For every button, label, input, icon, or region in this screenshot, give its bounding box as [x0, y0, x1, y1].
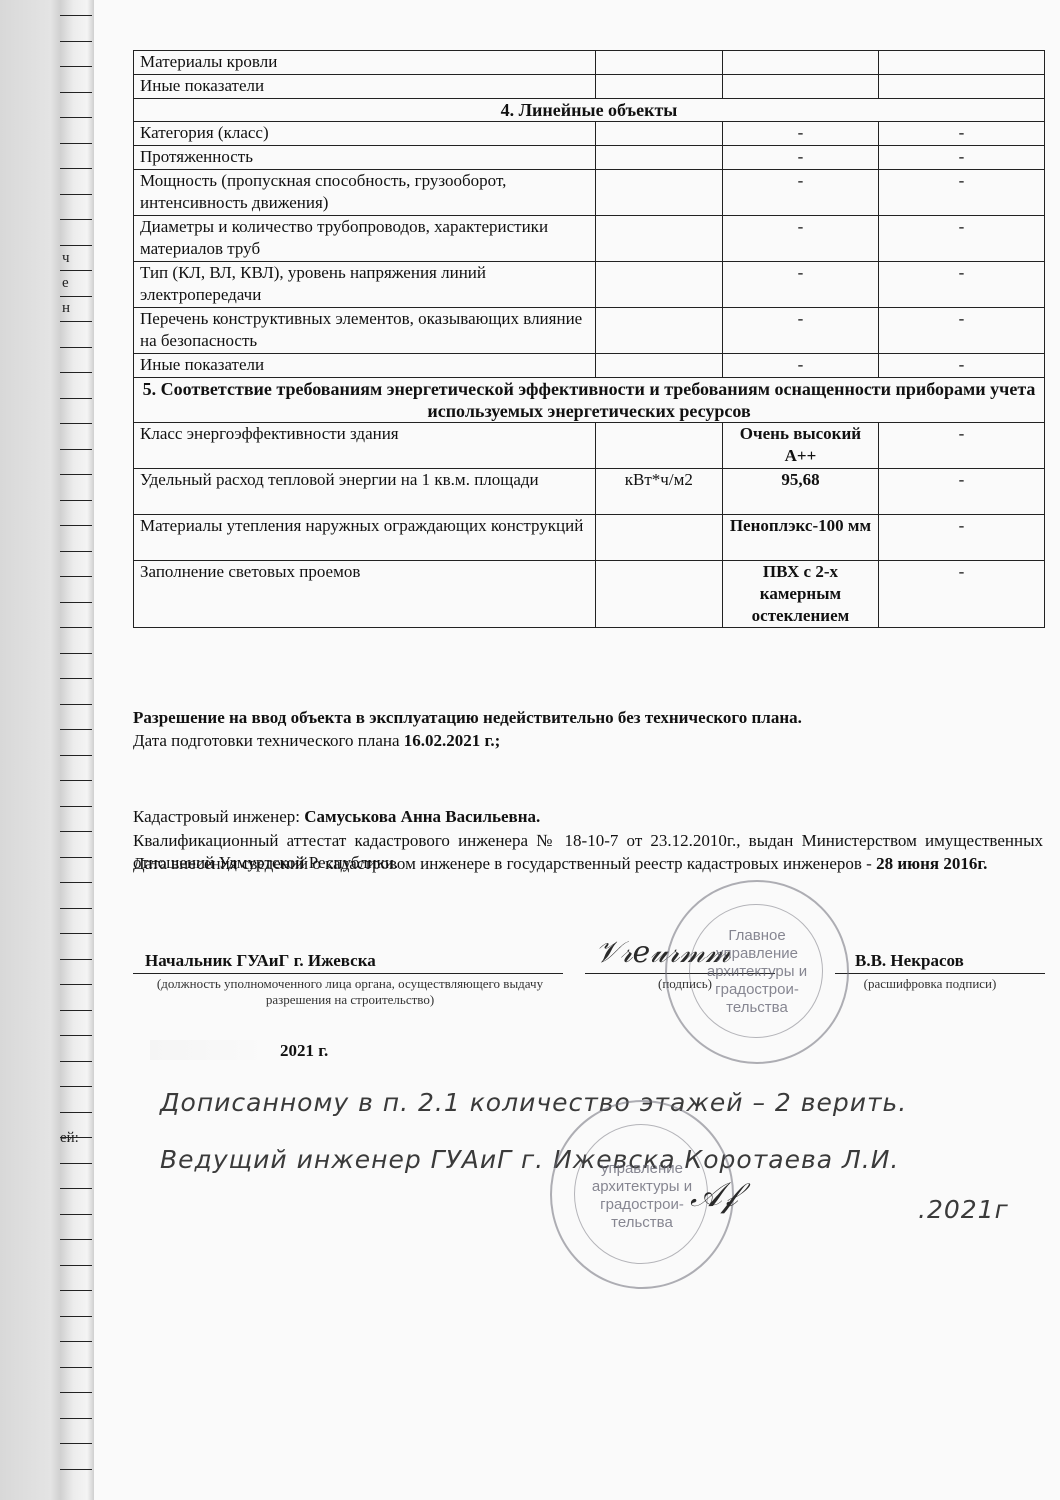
binding-rule — [60, 1265, 92, 1266]
cell-project: ПВХ с 2-х камерным остеклением — [722, 561, 878, 628]
sign-date: 2021 г. — [280, 1040, 380, 1062]
binding-rule — [60, 474, 92, 475]
official-position: Начальник ГУАиГ г. Ижевска — [145, 950, 565, 972]
cell-label: Заполнение световых проемов — [134, 561, 596, 628]
binding-rule — [60, 1469, 92, 1470]
binding-rule — [60, 806, 92, 807]
binding-rule — [60, 15, 92, 16]
binding-fragment: ей: — [60, 1130, 79, 1147]
binding-rule — [60, 1010, 92, 1011]
plan-date-line: Дата подготовки технического плана 16.02… — [133, 730, 1043, 752]
cell-unit — [595, 354, 722, 378]
binding-rule — [60, 1418, 92, 1419]
binding-rule — [60, 1163, 92, 1164]
binding-rule — [60, 398, 92, 399]
binding-rule — [60, 984, 92, 985]
cell-unit — [595, 216, 722, 262]
invalid-notice: Разрешение на ввод объекта в эксплуатаци… — [133, 707, 1043, 729]
binding-rule — [60, 1367, 92, 1368]
cell-label: Иные показатели — [134, 75, 596, 99]
name-caption: (расшифровка подписи) — [840, 976, 1020, 992]
cell-project: - — [722, 354, 878, 378]
binding-rule — [60, 1086, 92, 1087]
binding-rule — [60, 1341, 92, 1342]
cell-label: Удельный расход тепловой энергии на 1 кв… — [134, 469, 596, 515]
cell-label: Материалы утепления наружных ограждающих… — [134, 515, 596, 561]
cell-project: 95,68 — [722, 469, 878, 515]
cell-unit — [595, 75, 722, 99]
handwritten-note-1: Дописанному в п. 2.1 количество этажей –… — [160, 1088, 907, 1117]
cell-actual: - — [878, 561, 1044, 628]
table-row: Тип (КЛ, ВЛ, КВЛ), уровень напряжения ли… — [134, 262, 1045, 308]
cell-label: Категория (класс) — [134, 122, 596, 146]
cell-project: - — [722, 146, 878, 170]
binding-rule — [60, 1061, 92, 1062]
handwritten-note-2: Ведущий инженер ГУАиГ г. Ижевска Коротае… — [160, 1145, 899, 1174]
cell-unit — [595, 122, 722, 146]
plan-date-value: 16.02.2021 г.; — [404, 731, 500, 750]
binding-rule — [60, 780, 92, 781]
binding-rule — [60, 551, 92, 552]
binding-rule — [60, 321, 92, 322]
binding-strip — [60, 0, 94, 1500]
cell-unit — [595, 308, 722, 354]
official-name: В.В. Некрасов — [855, 950, 1035, 972]
binding-rule — [60, 933, 92, 934]
engineer-name: Самуськова Анна Васильевна. — [304, 807, 540, 826]
binding-rule — [60, 270, 92, 271]
redacted-date — [150, 1040, 270, 1060]
table-row: Протяженность-- — [134, 146, 1045, 170]
binding-rule — [60, 423, 92, 424]
cell-actual: - — [878, 308, 1044, 354]
binding-rule — [60, 1290, 92, 1291]
binding-rule — [60, 41, 92, 42]
binding-rule — [60, 908, 92, 909]
binding-rule — [60, 882, 92, 883]
registry-body: Дата внесения сведений о кадастровом инж… — [133, 853, 1043, 875]
binding-rule — [60, 857, 92, 858]
table-row: Иные показатели — [134, 75, 1045, 99]
registry-date: 28 июня 2016г. — [876, 854, 987, 873]
binding-rule — [60, 219, 92, 220]
cell-actual: - — [878, 423, 1044, 469]
binding-rule — [60, 92, 92, 93]
cell-project: Очень высокий А++ — [722, 423, 878, 469]
position-caption: (должность уполномоченного лица органа, … — [140, 976, 560, 1008]
official-stamp: Главноеуправлениеархитектуры иградострои… — [665, 880, 849, 1064]
cell-unit — [595, 515, 722, 561]
cell-unit — [595, 262, 722, 308]
table-row: Перечень конструктивных элементов, оказы… — [134, 308, 1045, 354]
cell-project: Пеноплэкс-100 мм — [722, 515, 878, 561]
binding-rule — [60, 602, 92, 603]
binding-rule — [60, 627, 92, 628]
binding-rule — [60, 372, 92, 373]
engineer-line: Кадастровый инженер: Самуськова Анна Вас… — [133, 806, 1043, 828]
binding-rule — [60, 678, 92, 679]
cell-project: - — [722, 170, 878, 216]
binding-fragment: ч — [62, 250, 70, 267]
cell-project: - — [722, 308, 878, 354]
binding-rule — [60, 1239, 92, 1240]
binding-rule — [60, 143, 92, 144]
cell-project: - — [722, 262, 878, 308]
cell-actual — [878, 75, 1044, 99]
cell-unit — [595, 51, 722, 75]
cell-label: Иные показатели — [134, 354, 596, 378]
binding-rule — [60, 296, 92, 297]
cell-actual — [878, 51, 1044, 75]
handwritten-date: .2021г — [918, 1195, 1009, 1224]
cell-label: Протяженность — [134, 146, 596, 170]
binding-rule — [60, 117, 92, 118]
section-header-row: 5. Соответствие требованиям энергетическ… — [134, 378, 1045, 423]
cell-actual: - — [878, 262, 1044, 308]
binding-rule — [60, 653, 92, 654]
table-row: Заполнение световых проемовПВХ с 2-х кам… — [134, 561, 1045, 628]
binding-rule — [60, 576, 92, 577]
cell-unit — [595, 170, 722, 216]
table-row: Материалы кровли — [134, 51, 1045, 75]
cell-unit — [595, 561, 722, 628]
cell-label: Мощность (пропускная способность, грузоо… — [134, 170, 596, 216]
cell-actual: - — [878, 354, 1044, 378]
binding-rule — [60, 1112, 92, 1113]
binding-rule — [60, 755, 92, 756]
binding-rule — [60, 959, 92, 960]
cell-actual: - — [878, 216, 1044, 262]
binding-fragment: е — [62, 275, 69, 292]
cell-project — [722, 75, 878, 99]
binding-rule — [60, 1316, 92, 1317]
position-line — [133, 973, 563, 974]
table-row: Категория (класс)-- — [134, 122, 1045, 146]
section-title: 5. Соответствие требованиям энергетическ… — [134, 378, 1045, 423]
binding-rule — [60, 449, 92, 450]
cell-actual: - — [878, 515, 1044, 561]
section-title: 4. Линейные объекты — [134, 99, 1045, 122]
binding-rule — [60, 831, 92, 832]
section-header-row: 4. Линейные объекты — [134, 99, 1045, 122]
binding-rule — [60, 729, 92, 730]
cell-actual: - — [878, 469, 1044, 515]
cell-project: - — [722, 122, 878, 146]
cell-project: - — [722, 216, 878, 262]
binding-rule — [60, 66, 92, 67]
name-line — [835, 973, 1045, 974]
binding-rule — [60, 347, 92, 348]
cell-actual: - — [878, 122, 1044, 146]
binding-rule — [60, 704, 92, 705]
binding-rule — [60, 245, 92, 246]
binding-rule — [60, 1443, 92, 1444]
table-row: Материалы утепления наружных ограждающих… — [134, 515, 1045, 561]
cell-unit — [595, 146, 722, 170]
binding-rule — [60, 1214, 92, 1215]
table-row: Иные показатели-- — [134, 354, 1045, 378]
binding-rule — [60, 525, 92, 526]
binding-rule — [60, 1035, 92, 1036]
cell-actual: - — [878, 170, 1044, 216]
binding-rule — [60, 1188, 92, 1189]
table-row: Класс энергоэффективности зданияОчень вы… — [134, 423, 1045, 469]
indicators-table: Материалы кровлиИные показатели4. Линейн… — [133, 50, 1045, 628]
cell-label: Тип (КЛ, ВЛ, КВЛ), уровень напряжения ли… — [134, 262, 596, 308]
binding-rule — [60, 500, 92, 501]
table-row: Диаметры и количество трубопроводов, хар… — [134, 216, 1045, 262]
cell-label: Материалы кровли — [134, 51, 596, 75]
table-row: Мощность (пропускная способность, грузоо… — [134, 170, 1045, 216]
plan-date-label: Дата подготовки технического плана — [133, 731, 404, 750]
cell-label: Класс энергоэффективности здания — [134, 423, 596, 469]
table-row: Удельный расход тепловой энергии на 1 кв… — [134, 469, 1045, 515]
binding-fragment: н — [62, 300, 70, 317]
handwritten-signature: 𝒜𝒻 — [690, 1175, 737, 1215]
engineer-label: Кадастровый инженер: — [133, 807, 304, 826]
cell-project — [722, 51, 878, 75]
registry-label: Дата внесения сведений о кадастровом инж… — [133, 854, 876, 873]
cell-unit — [595, 423, 722, 469]
cell-unit: кВт*ч/м2 — [595, 469, 722, 515]
binding-rule — [60, 194, 92, 195]
binding-rule — [60, 168, 92, 169]
cell-label: Перечень конструктивных элементов, оказы… — [134, 308, 596, 354]
cell-label: Диаметры и количество трубопроводов, хар… — [134, 216, 596, 262]
binding-rule — [60, 1392, 92, 1393]
stamp-text: Главноеуправлениеархитектуры иградострои… — [667, 927, 847, 1017]
cell-actual: - — [878, 146, 1044, 170]
